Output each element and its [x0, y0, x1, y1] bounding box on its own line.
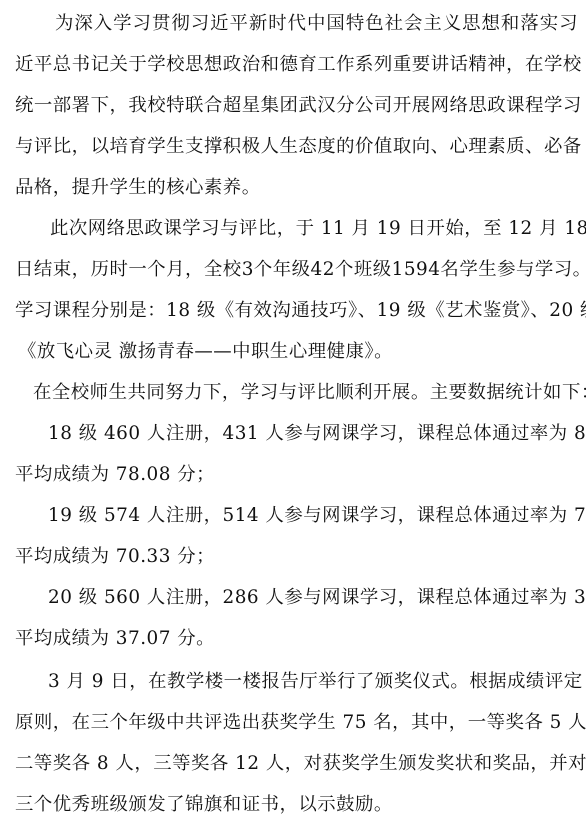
paragraph-awards-line-3: 二等奖各 8 人，三等奖各 12 人，对获奖学生颁发奖状和奖品，并对: [15, 744, 578, 784]
document-page: 为深入学习贯彻习近平新时代中国特色社会主义思想和落实习 近平总书记关于学校思想政…: [0, 0, 586, 826]
paragraph-awards-line-4: 三个优秀班级颁发了锦旗和证书，以示鼓励。: [15, 785, 578, 825]
paragraph-stats-intro-line-1: 在全校师生共同努力下，学习与评比顺利开展。主要数据统计如下：: [33, 373, 578, 413]
paragraph-intro-line-1: 为深入学习贯彻习近平新时代中国特色社会主义思想和落实习: [55, 4, 578, 44]
paragraph-grade-19-line-1: 19 级 574 人注册，514 人参与网课学习，课程总体通过率为 75.4%，: [48, 496, 578, 536]
paragraph-intro-line-3: 统一部署下，我校特联合超星集团武汉分公司开展网络思政课程学习: [15, 86, 578, 126]
paragraph-intro-line-4: 与评比，以培育学生支撑积极人生态度的价值取向、心理素质、必备: [15, 127, 578, 167]
paragraph-awards-line-2: 原则，在三个年级中共评选出获奖学生 75 名，其中，一等奖各 5 人，: [15, 703, 578, 743]
paragraph-grade-18-line-1: 18 级 460 人注册，431 人参与网课学习，课程总体通过率为 84.8%，: [48, 414, 578, 454]
paragraph-schedule-line-4: 《放飞心灵 激扬青春——中职生心理健康》。: [18, 332, 578, 372]
paragraph-intro-line-2: 近平总书记关于学校思想政治和德育工作系列重要讲话精神，在学校: [15, 45, 578, 85]
paragraph-schedule-line-3: 学习课程分别是：18 级《有效沟通技巧》、19 级《艺术鉴赏》、20 级: [15, 291, 578, 331]
paragraph-grade-20-line-1: 20 级 560 人注册，286 人参与网课学习，课程总体通过率为 39.1%，: [48, 578, 578, 618]
paragraph-schedule-line-2: 日结束，历时一个月，全校3个年级42个班级1594名学生参与学习。: [15, 250, 578, 290]
paragraph-grade-18-line-2: 平均成绩为 78.08 分；: [15, 455, 578, 495]
paragraph-schedule-line-1: 此次网络思政课学习与评比，于 11 月 19 日开始，至 12 月 18: [50, 209, 578, 249]
paragraph-grade-19-line-2: 平均成绩为 70.33 分；: [15, 537, 578, 577]
paragraph-awards-line-1: 3 月 9 日，在教学楼一楼报告厅举行了颁奖仪式。根据成绩评定: [48, 662, 578, 702]
paragraph-grade-20-line-2: 平均成绩为 37.07 分。: [15, 619, 578, 659]
paragraph-intro-line-5: 品格，提升学生的核心素养。: [15, 168, 578, 208]
